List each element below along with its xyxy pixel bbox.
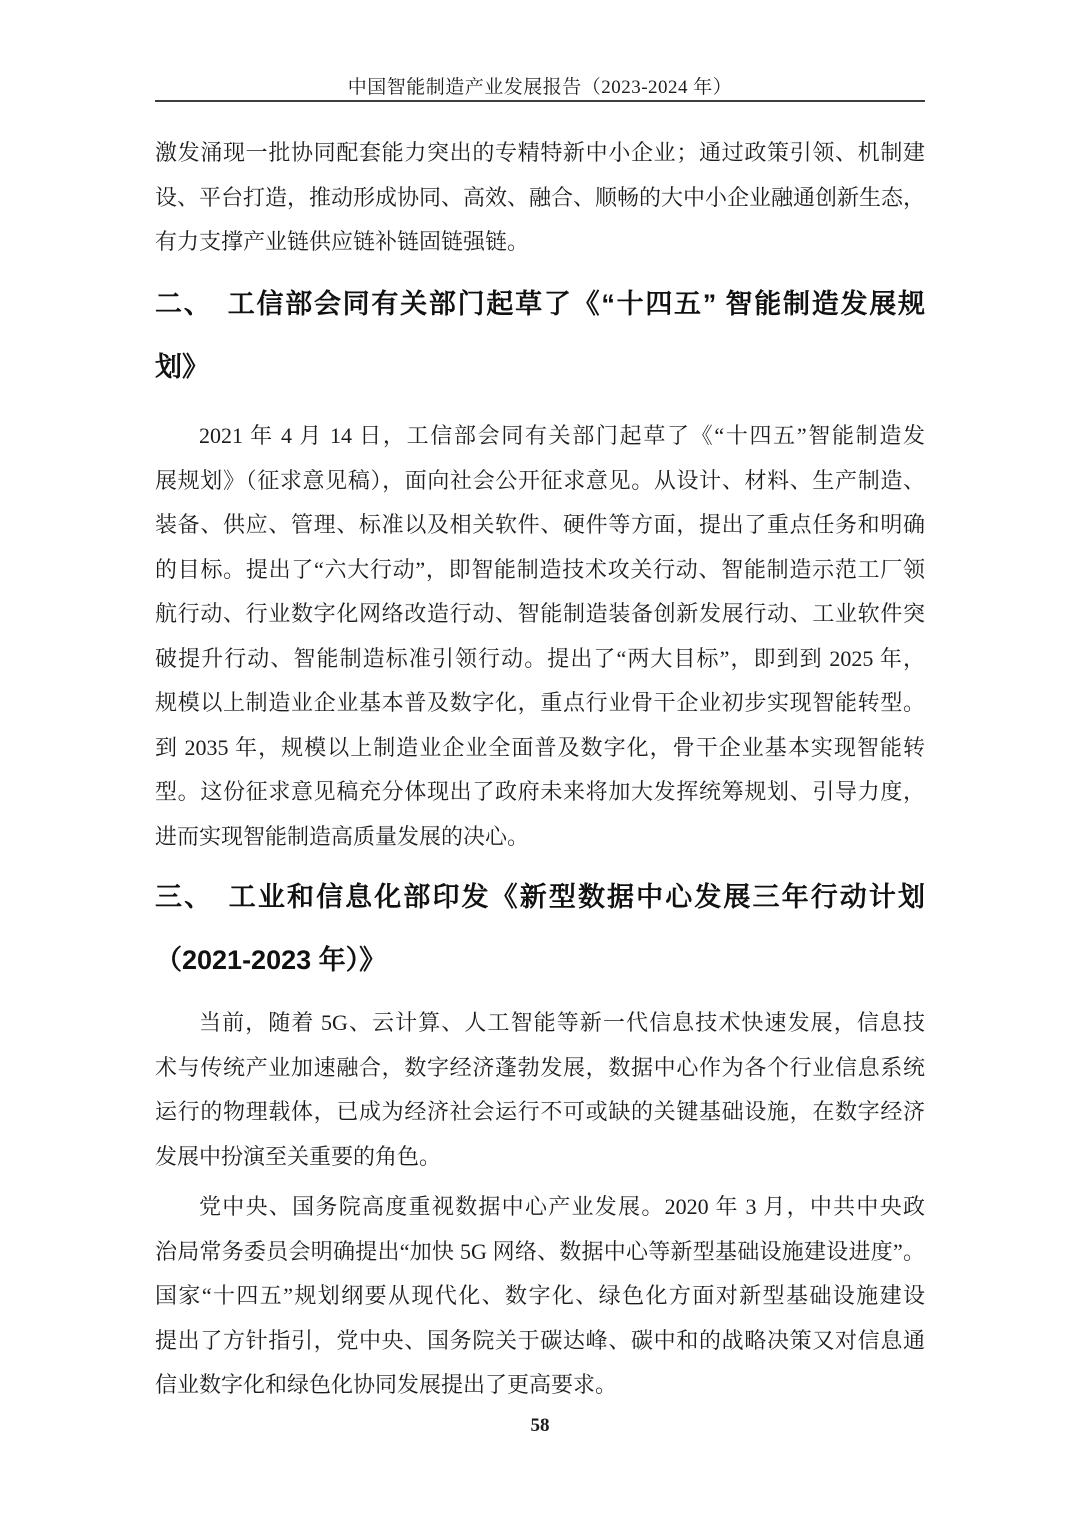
text-line: 装备、供应、管理、标准以及相关软件、硬件等方面，提出了重点任务和明确 (155, 503, 925, 548)
text-line: 提出了方针指引，党中央、国务院关于碳达峰、碳中和的战略决策又对信息通 (155, 1319, 925, 1364)
text-line: 有力支撑产业链供应链补链固链强链。 (155, 220, 925, 265)
text-line: 激发涌现一批协同配套能力突出的专精特新中小企业；通过政策引领、机制建 (155, 131, 925, 176)
text-line: 设、平台打造，推动形成协同、高效、融合、顺畅的大中小企业融通创新生态， (155, 176, 925, 221)
section-heading-3: 三、 工业和信息化部印发《新型数据中心发展三年行动计划 （2021-2023 年… (155, 866, 925, 992)
text-line: 航行动、行业数字化网络改造行动、智能制造装备创新发展行动、工业软件突 (155, 592, 925, 637)
header-rule (155, 100, 925, 102)
heading-line: 划》 (155, 336, 925, 399)
text-line: 进而实现智能制造高质量发展的决心。 (155, 815, 925, 860)
text-line: 信业数字化和绿色化协同发展提出了更高要求。 (155, 1363, 925, 1408)
text-line: 型。这份征求意见稿充分体现出了政府未来将加大发挥统筹规划、引导力度， (155, 770, 925, 815)
text-line: 破提升行动、智能制造标准引领行动。提出了“两大目标”，即到到 2025 年， (155, 637, 925, 682)
section-heading-2: 二、 工信部会同有关部门起草了《“十四五” 智能制造发展规 划》 (155, 273, 925, 399)
text-line: 国家“十四五”规划纲要从现代化、数字化、绿色化方面对新型基础设施建设 (155, 1274, 925, 1319)
text-line: 2021 年 4 月 14 日，工信部会同有关部门起草了《“十四五”智能制造发 (155, 414, 925, 459)
text-line: 规模以上制造业企业基本普及数字化，重点行业骨干企业初步实现智能转型。 (155, 681, 925, 726)
heading-line: 三、 工业和信息化部印发《新型数据中心发展三年行动计划 (155, 866, 925, 929)
text-line: 术与传统产业加速融合，数字经济蓬勃发展，数据中心作为各个行业信息系统 (155, 1046, 925, 1091)
paragraph-intro: 激发涌现一批协同配套能力突出的专精特新中小企业；通过政策引领、机制建 设、平台打… (155, 131, 925, 265)
paragraph-section-2: 2021 年 4 月 14 日，工信部会同有关部门起草了《“十四五”智能制造发 … (155, 414, 925, 859)
text-line: 运行的物理载体，已成为经济社会运行不可或缺的关键基础设施，在数字经济 (155, 1090, 925, 1135)
paragraph-section-3-a: 当前，随着 5G、云计算、人工智能等新一代信息技术快速发展，信息技 术与传统产业… (155, 1001, 925, 1179)
paragraph-section-3-b: 党中央、国务院高度重视数据中心产业发展。2020 年 3 月，中共中央政 治局常… (155, 1185, 925, 1408)
page-number: 58 (0, 1415, 1080, 1437)
text-line: 治局常务委员会明确提出“加快 5G 网络、数据中心等新型基础设施建设进度”。 (155, 1230, 925, 1275)
document-page: 中国智能制造产业发展报告（2023-2024 年） 激发涌现一批协同配套能力突出… (0, 0, 1080, 1527)
text-line: 的目标。提出了“六大行动”，即智能制造技术攻关行动、智能制造示范工厂领 (155, 548, 925, 593)
text-line: 展规划》（征求意见稿），面向社会公开征求意见。从设计、材料、生产制造、 (155, 459, 925, 504)
text-line: 发展中扮演至关重要的角色。 (155, 1135, 925, 1180)
heading-line: 二、 工信部会同有关部门起草了《“十四五” 智能制造发展规 (155, 273, 925, 336)
text-line: 到 2035 年，规模以上制造业企业全面普及数字化，骨干企业基本实现智能转 (155, 726, 925, 771)
text-line: 当前，随着 5G、云计算、人工智能等新一代信息技术快速发展，信息技 (155, 1001, 925, 1046)
text-line: 党中央、国务院高度重视数据中心产业发展。2020 年 3 月，中共中央政 (155, 1185, 925, 1230)
heading-line: （2021-2023 年）》 (155, 929, 925, 992)
report-header-title: 中国智能制造产业发展报告（2023-2024 年） (155, 72, 925, 99)
